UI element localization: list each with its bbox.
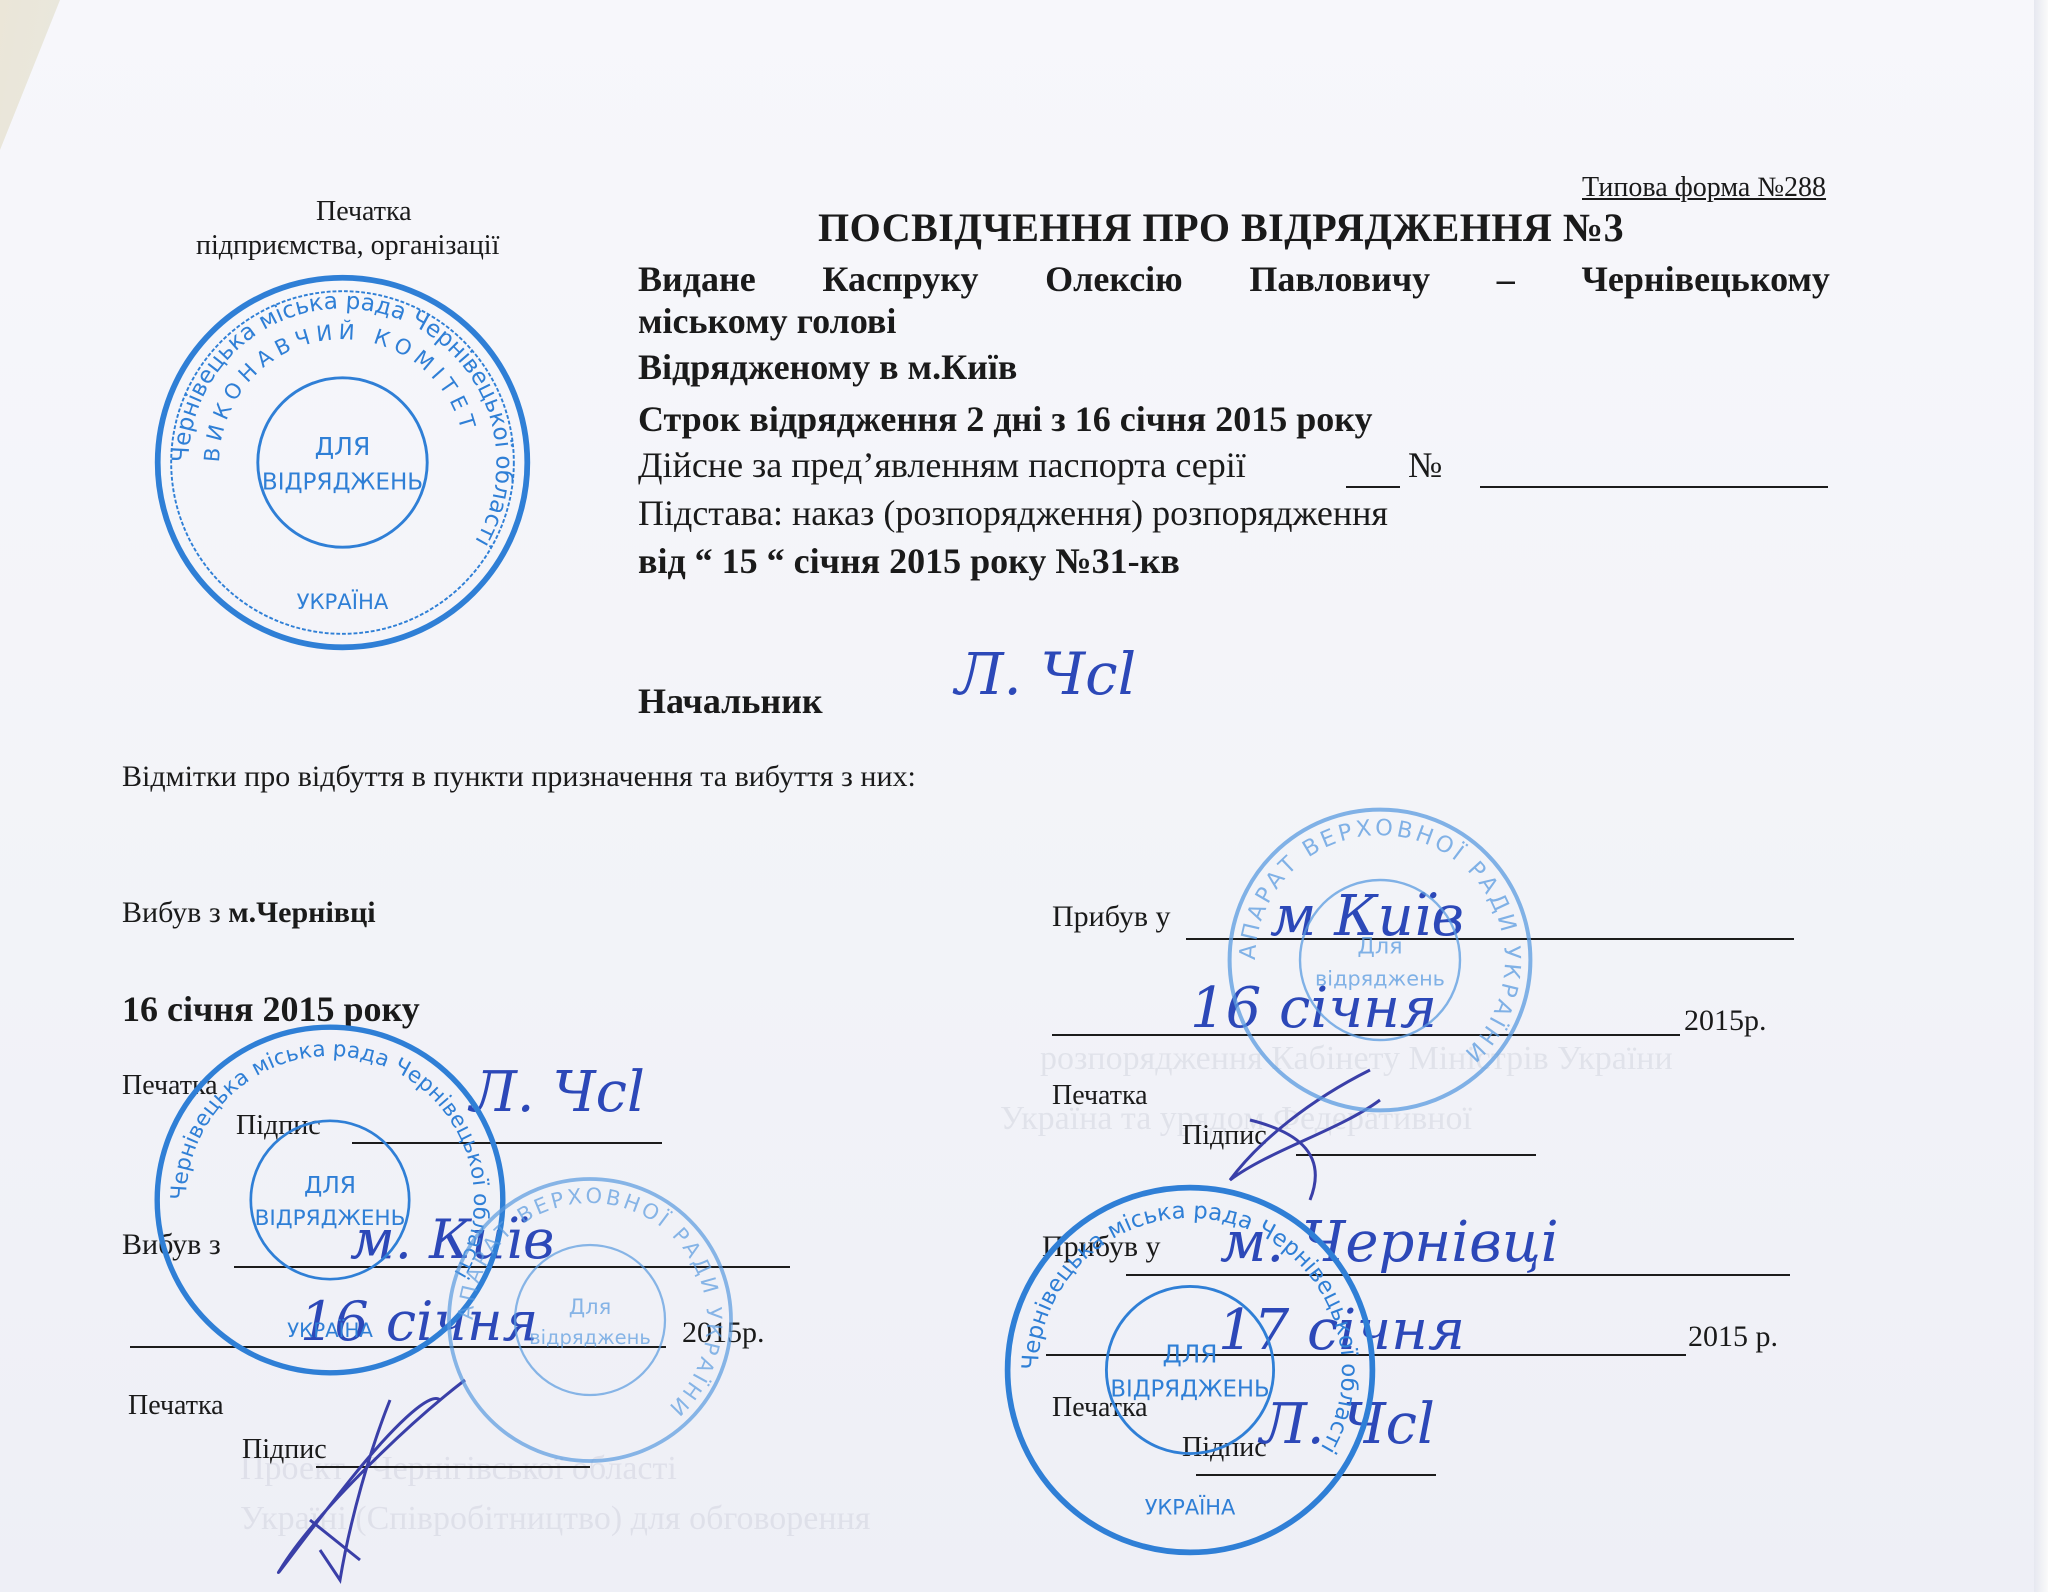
departed-1-place: м.Чернівці <box>228 896 375 929</box>
arrived-1-seal-label: Печатка <box>1052 1080 1148 1112</box>
passport-number-sign: № <box>1408 444 1442 486</box>
issued-word: Видане <box>638 258 756 300</box>
city-council-stamp-arrived: Чернівецька міська рада Чернівецької обл… <box>1000 1180 1380 1560</box>
issued-word: – <box>1497 258 1515 300</box>
stamp-center-2: ВІДРЯДЖЕНЬ <box>262 469 423 495</box>
departed-2-seal-label: Печатка <box>128 1390 224 1422</box>
document-title: ПОСВІДЧЕННЯ ПРО ВІДРЯДЖЕННЯ №3 <box>818 204 1624 251</box>
issued-word: Каспруку <box>822 258 978 300</box>
stamp-label-line2: підприємства, організації <box>196 230 499 262</box>
stamp-label-line1: Печатка <box>316 196 412 228</box>
arrived-1-label: Прибув у <box>1052 900 1171 934</box>
arrived-2-year: 2015 р. <box>1688 1320 1778 1354</box>
parliament-stamp-arrived: АПАРАТ ВЕРХОВНОЇ РАДИ УКРАЇНИ Для відряд… <box>1220 800 1540 1120</box>
issued-word: Олексію <box>1045 258 1183 300</box>
stamp-center-1: ДЛЯ <box>1162 1339 1217 1368</box>
issued-word: Павловичу <box>1249 258 1430 300</box>
departed-1: Вибув з м.Чернівці <box>122 896 376 930</box>
stamp-center-1: ДЛЯ <box>304 1171 356 1199</box>
passport-number-field[interactable] <box>1480 486 1828 488</box>
parliament-stamp-departed: АПАРАТ ВЕРХОВНОЇ РАДИ УКРАЇНИ Для відряд… <box>440 1170 740 1470</box>
passport-series-field[interactable] <box>1346 486 1400 488</box>
basis-line1: Підстава: наказ (розпорядження) розпоряд… <box>638 492 1388 534</box>
trip-duration: Строк відрядження 2 дні з 16 січня 2015 … <box>638 398 1373 440</box>
stamp-center-2: відряджень <box>529 1326 651 1349</box>
city-council-stamp-top: Чернівецька міська рада Чернівецької обл… <box>150 270 535 655</box>
stamp-center-1: ДЛЯ <box>315 432 371 461</box>
document-page: розпорядження Кабінету Міністрів України… <box>0 0 2048 1592</box>
arrived-1-year: 2015р. <box>1684 1004 1767 1038</box>
basis-line2: від “ 15 “ січня 2015 року №31-кв <box>638 540 1180 582</box>
marks-heading: Відмітки про відбуття в пункти призначен… <box>122 760 916 794</box>
stamp-center-2: відряджень <box>1315 967 1445 991</box>
scan-edge <box>2034 0 2048 1592</box>
stamp-bottom: УКРАЇНА <box>1145 1494 1236 1519</box>
stamp-center-2: ВІДРЯДЖЕНЬ <box>1110 1377 1269 1403</box>
stamp-center-1: Для <box>569 1295 611 1319</box>
stamp-bottom: УКРАЇНА <box>287 1319 373 1342</box>
stamp-center-1: Для <box>1357 934 1402 960</box>
departed-1-label: Вибув з <box>122 896 228 929</box>
issued-to-position: міському голові <box>638 300 896 342</box>
destination: Відрядженому в м.Київ <box>638 346 1017 388</box>
form-number: Типова форма №288 <box>1582 172 1826 204</box>
issued-word: Чернівецькому <box>1581 258 1829 300</box>
paper-corner-fold <box>0 0 60 150</box>
stamp-center-2: ВІДРЯДЖЕНЬ <box>255 1206 406 1231</box>
chief-label: Начальник <box>638 680 823 722</box>
stamp-bottom: УКРАЇНА <box>297 589 389 614</box>
chief-signature: Л. Чсl <box>955 640 1136 708</box>
issued-to-line: Видане Каспруку Олексію Павловичу – Черн… <box>638 258 1830 300</box>
passport-label: Дійсне за пред’явленням паспорта серії <box>638 444 1246 486</box>
